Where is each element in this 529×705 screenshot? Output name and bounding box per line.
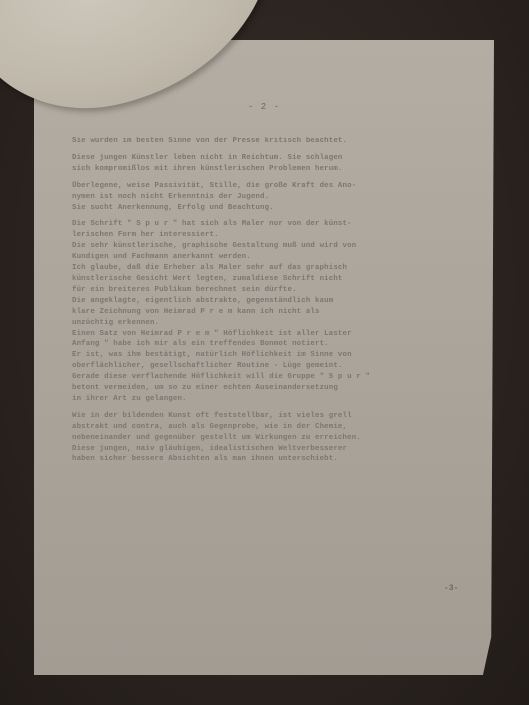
continuation-mark: -3- (444, 584, 458, 593)
text-line: unzüchtig erkennen. (72, 318, 442, 329)
text-line: in ihrer Art zu gelangen. (72, 394, 442, 405)
text-line: oberflächlicher, gesellschaftlicher Rout… (72, 361, 442, 372)
body-text: Sie wurden im besten Sinne von der Press… (72, 136, 442, 465)
text-line: sich kompromißlos mit ihren künstlerisch… (72, 164, 442, 175)
typewritten-page: - 2 - Sie wurden im besten Sinne von der… (34, 40, 494, 675)
text-line: klare Zeichnung von Heimrad P r e m kann… (72, 307, 442, 318)
paragraph-abstract-art: Wie in der bildenden Kunst oft feststell… (72, 411, 442, 466)
text-line: Sie wurden im besten Sinne von der Press… (72, 136, 442, 147)
text-line: für ein breiteres Publikum berechnet sei… (72, 285, 442, 296)
text-line: Anfang " habe ich mir als ein treffendes… (72, 339, 442, 350)
text-line: lerischen Form her interessiert. (72, 230, 442, 241)
text-line: nebeneinander und gegenüber gestellt um … (72, 433, 442, 444)
text-line: Überlegene, weise Passivität, Stille, di… (72, 181, 442, 192)
text-line: abstrakt und contra, auch als Gegenprobe… (72, 422, 442, 433)
text-line: Wie in der bildenden Kunst oft feststell… (72, 411, 442, 422)
text-line: haben sicher bessere Absichten als man i… (72, 454, 442, 465)
text-line: Er ist, was ihm bestätigt, natürlich Höf… (72, 350, 442, 361)
text-line: künstlerische Gesicht Wert legten, zumal… (72, 274, 442, 285)
text-line: Gerade diese verflachende Höflichkeit wi… (72, 372, 442, 383)
text-line: Diese jungen Künstler leben nicht in Rei… (72, 153, 442, 164)
text-line: Kundigen und Fachmann anerkannt werden. (72, 252, 442, 263)
text-line: Die sehr künstlerische, graphische Gesta… (72, 241, 442, 252)
paragraph-youth-recognition: Überlegene, weise Passivität, Stille, di… (72, 181, 442, 214)
text-line: Die Schrift " S p u r " hat sich als Mal… (72, 219, 442, 230)
text-line: Diese jungen, naiv gläubigen, idealistis… (72, 444, 442, 455)
text-line: betont vermeiden, um so zu einer echten … (72, 383, 442, 394)
text-line: Ich glaube, daß die Erheber als Maler se… (72, 263, 442, 274)
text-line: Sie sucht Anerkennung, Erfolg und Beacht… (72, 203, 442, 214)
text-line: Einen Satz von Heimrad P r e m " Höflich… (72, 329, 442, 340)
text-line: nymen ist noch nicht Erkenntnis der Juge… (72, 192, 442, 203)
paragraph-artists-life: Diese jungen Künstler leben nicht in Rei… (72, 153, 442, 175)
paragraph-spur-publication: Die Schrift " S p u r " hat sich als Mal… (72, 219, 442, 404)
paragraph-press-review: Sie wurden im besten Sinne von der Press… (72, 136, 442, 147)
text-line: Die angeklagte, eigentlich abstrakte, ge… (72, 296, 442, 307)
